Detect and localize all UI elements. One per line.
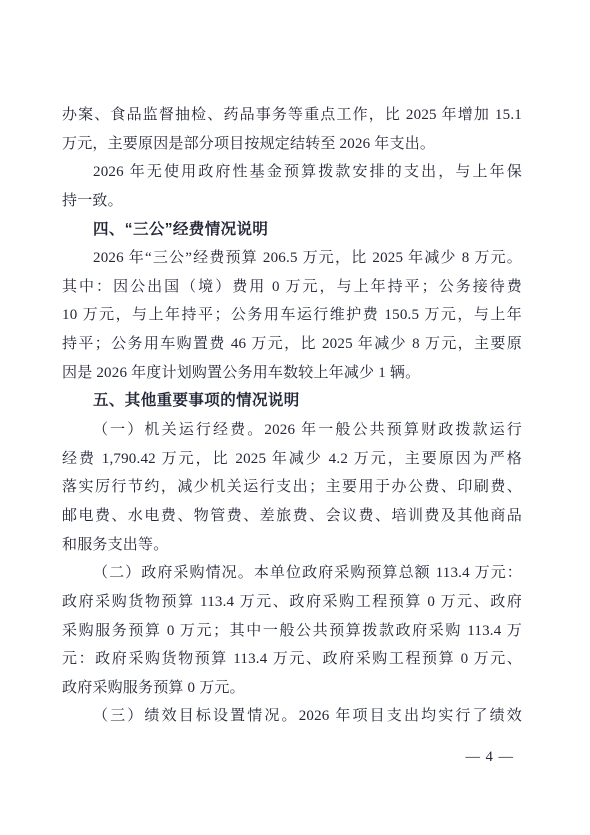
text-line: 采购服务预算 0 万元；其中一般公共预算拨款政府采购 113.4 万: [62, 617, 522, 646]
text-line: 持平；公务用车购置费 46 万元，比 2025 年减少 8 万元，主要原: [62, 330, 522, 359]
text-line: （一）机关运行经费。2026 年一般公共预算财政拨款运行: [62, 416, 522, 445]
page-number: — 4 —: [62, 743, 514, 771]
text-line: 办案、食品监督抽检、药品事务等重点工作，比 2025 年增加 15.1: [62, 101, 522, 130]
text-line: 2026 年“三公”经费预算 206.5 万元，比 2025 年减少 8 万元。: [62, 244, 522, 273]
text-line: 元：政府采购货物预算 113.4 万元、政府采购工程预算 0 万元、: [62, 645, 522, 674]
section-heading-other-important-items: 五、其他重要事项的情况说明: [62, 387, 522, 416]
text-line: 万元，主要原因是部分项目按规定结转至 2026 年支出。: [62, 130, 522, 159]
text-line: 邮电费、水电费、物管费、差旅费、会议费、培训费及其他商品: [62, 502, 522, 531]
section-heading-three-public-funds: 四、“三公”经费情况说明: [62, 216, 522, 245]
text-line: 政府采购服务预算 0 万元。: [62, 674, 522, 703]
text-line: 持一致。: [62, 187, 522, 216]
text-line: 其中：因公出国（境）费用 0 万元，与上年持平；公务接待费: [62, 273, 522, 302]
text-line: （二）政府采购情况。本单位政府采购预算总额 113.4 万元：: [62, 559, 522, 588]
text-line: （三）绩效目标设置情况。2026 年项目支出均实行了绩效: [62, 702, 522, 731]
document-page: 办案、食品监督抽检、药品事务等重点工作，比 2025 年增加 15.1 万元，主…: [0, 0, 590, 835]
text-line: 10 万元，与上年持平；公务用车运行维护费 150.5 万元，与上年: [62, 301, 522, 330]
text-line: 经费 1,790.42 万元，比 2025 年减少 4.2 万元，主要原因为严格: [62, 445, 522, 474]
text-line: 落实厉行节约，减少机关运行支出；主要用于办公费、印刷费、: [62, 473, 522, 502]
text-line: 政府采购货物预算 113.4 万元、政府采购工程预算 0 万元、政府: [62, 588, 522, 617]
document-body: 办案、食品监督抽检、药品事务等重点工作，比 2025 年增加 15.1 万元，主…: [62, 101, 522, 731]
text-line: 因是 2026 年度计划购置公务用车数较上年减少 1 辆。: [62, 359, 522, 388]
text-line: 2026 年无使用政府性基金预算拨款安排的支出，与上年保: [62, 158, 522, 187]
text-line: 和服务支出等。: [62, 531, 522, 560]
